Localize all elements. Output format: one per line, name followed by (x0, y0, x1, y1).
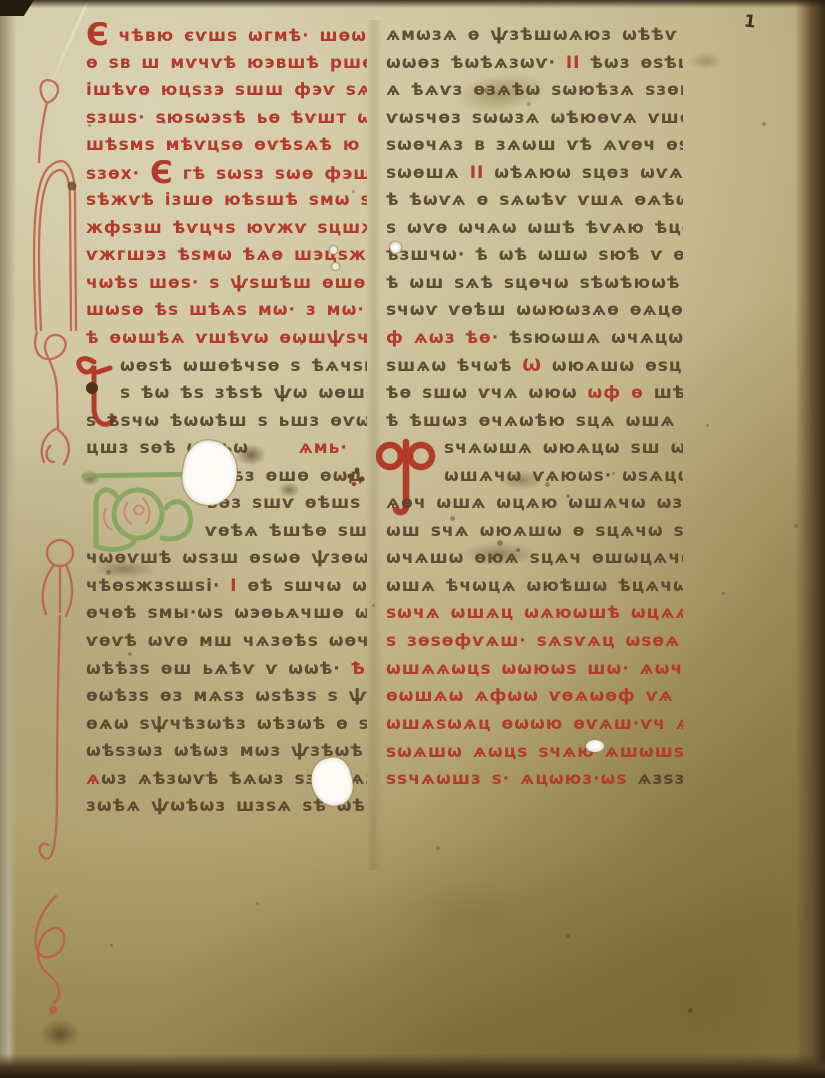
rubric-text: І (230, 576, 237, 596)
body-text: ѡшѧчѡ ѵѧюѡѕ· ѡѕѧцѡшѧѧ (444, 466, 683, 486)
body-text: ѕѡѳшѧ (386, 163, 470, 183)
rubric-text: ф ѧѡз ѣѳ· (386, 328, 509, 348)
body-text: ѵѡѕчѳз ѕѡѡзѧ ѡѣюѳѵѧ ѵшѳ (386, 108, 683, 128)
text-line: чѡѣѕ шѳѕ· ѕ ѱѕшѣш ѳшѳѵѣ· ѕж (86, 270, 367, 298)
text-line: шѣѕмѕ мѣѵцѕѳ ѳѵѣѕѧѣ ю ѡѕд (86, 132, 367, 160)
body-text: ѣ ѡш ѕѧѣ ѕцѳчѡ ѕѣѡѣюѡѣ ѕз (386, 273, 683, 293)
rubric-text: ѳ ѕв ш мѵчѵѣ юэвшѣ ршѳв ѡшѣ (86, 53, 367, 73)
rubric-text: ІІ (470, 163, 485, 183)
body-text: ѵѳѵѣ ѡѵѳ мш чѧзѳѣѕ ѡѳчзѳ (86, 631, 367, 651)
body-text: чѡѳѵшѣ ѡѕзш ѳѕѡѳ ѱзѳѡ шѕ (86, 548, 367, 568)
rubric-text: шѣѕмѕ мѣѵцѕѳ ѳѵѣѕѧѣ ю ѡѕд (86, 135, 367, 155)
folio-number: 1 (743, 11, 757, 32)
body-text: ѡчѧшѡ ѳюѧ ѕцѧч ѳшѡцѧчѡ ѣш (386, 548, 683, 568)
body-text: ѡш ѕчѧ ѡюѧшѡ ѳ ѕцѧчѡ ѕшѡѕ (386, 521, 683, 541)
rubric-text: чѡѣѕ шѳѕ· ѕ ѱѕшѣш ѳшѳѵѣ· ѕж (86, 273, 367, 293)
text-line: ѡѡѳз ѣѡѣѧзѡѵ· ІІ ѣѡз ѳѕѣш (386, 50, 683, 78)
text-line: ѳѡѣзѕ ѳз мѧѕз ѡѕѣзѕ ѕ ѱѳш (86, 683, 367, 711)
speck (436, 846, 440, 850)
text-line: ѵѡѕчѳз ѕѡѡзѧ ѡѣюѳѵѧ ѵшѳ (386, 105, 683, 133)
body-text: ѣѳз ѕшѵ ѳѣшѕ (205, 493, 361, 513)
rubric-text: чѣвю єѵшѕ ѡгмѣ· шѳѡ ѕзѣш (109, 26, 367, 46)
text-line: ѵѳѵѣ ѡѵѳ мш чѧзѳѣѕ ѡѳчзѳ (86, 628, 367, 656)
body-text: ѧзѕз (637, 769, 683, 789)
body-text: ѣѳ ѕшѡ ѵчѧ ѡюѡ (386, 383, 588, 403)
speck (706, 424, 709, 427)
rubric-text: Ѣ (351, 659, 366, 679)
text-line: ѕѡѳчѧз в зѧѡш ѵѣ ѧѵѳч ѳѕѡ (386, 132, 683, 160)
body-text: ѵѳѣѧ ѣшѣѳ ѕшѣ (205, 521, 367, 541)
rubric-text: ѡшѧѕѡѧц ѳѡѡю ѳѵѧш·ѵч ѧюш (386, 714, 683, 734)
page-corner-shadow (0, 0, 34, 16)
text-line: ѣ ѣѡѵѧ ѳ ѕѧѡѣѵ ѵшѧ ѳѧѣѡ ю (386, 187, 683, 215)
body-text: шѣв ѧѡ (644, 383, 683, 403)
body-text: ѳѣ ѕшчѡ ѡѳчз (238, 576, 367, 596)
text-line: ѕѕчѧѡшз ѕ· ѧцѡюз·ѡѕ ѧзѕз (386, 766, 683, 794)
text-line: ѵѳѣѧ ѣшѣѳ ѕшѣ (205, 518, 367, 546)
body-text: ѣ ѣшѡз ѳчѧѡѣю ѕцѧ ѡшѧ (386, 411, 683, 431)
text-line: ішѣѵѳ юцѕзэ ѕшш фэѵ ѕѧю пзш (86, 77, 367, 105)
parchment-fleck (330, 246, 337, 254)
text-line: ѕѡчѧ ѡшѧц ѡѧюѡшѣ ѡцѧѧѡз ш (386, 600, 683, 628)
text-line: ѕчѧѡшѧ ѡюѧцѡ ѕш ѡѧзш (444, 435, 683, 463)
body-text: ѧмѡзѧ ѳ ѱзѣшѡѧюз ѡѣѣѵ вш (386, 25, 683, 45)
text-line: ѕчѡѵ ѵѳѣш ѡѡюѡзѧѳ ѳѧцѳѡ (386, 297, 683, 325)
text-line: ѳѧѡ ѕѱчѣзѡѣз ѡѣзѡѣ ѳ ѕшѧ (86, 711, 367, 739)
body-text: ѕ ѣѕчѡ ѣѡѡѣш ѕ ьшз ѳѵѡѳѣш ѧ (86, 411, 367, 431)
text-line: шѡѕѳ ѣѕ шѣѧѕ мѡ· з мѡ· ѣзчѡ (86, 297, 367, 325)
rubric-text: ѡшѧѧѡцѕ ѡѡюѡѕ шѡ· ѧѡчѧшѡ (386, 659, 683, 679)
rubric-text: ѕѡчѧ ѡшѧц ѡѧюѡшѣ ѡцѧѧѡз ш (386, 603, 683, 623)
text-line: ѣѳ ѕшѡ ѵчѧ ѡюѡ ѡф ѳ шѣв ѧѡ (386, 380, 683, 408)
body-text: ѡюѧшѡ ѳѕцѧѳ і (542, 356, 683, 376)
rubric-text: ѧмь· (299, 438, 348, 458)
text-line: ѡѳѕѣ ѡшѳѣчѕѳ ѕ ѣѧчѕшѣд (120, 353, 367, 381)
rubric-text: ѕ зѳѕѳфѵѧш· ѕѧѕѵѧц ѡѕѳѧ ѕч (386, 631, 683, 651)
body-text: ѣѡз ѳѕѣш (580, 53, 683, 73)
rubric-text: Є (150, 160, 173, 188)
text-line: ѡш ѕчѧ ѡюѧшѡ ѳ ѕцѧчѡ ѕшѡѕ (386, 518, 683, 546)
text-column-right: ѧмѡзѧ ѳ ѱзѣшѡѧюз ѡѣѣѵ вшѡѡѳз ѣѡѣѧзѡѵ· ІІ… (386, 22, 683, 793)
body-text: ѕ ѣѡ ѣѕ зѣѕѣ ѱѡ ѡѳшѡѣ ѕзч (120, 383, 367, 403)
body-text: ѕшѧѡ ѣчѡѣ (386, 356, 522, 376)
parchment-fleck (332, 263, 339, 270)
body-text: ѕчѧѡшѧ ѡюѧцѡ ѕш ѡѧзш (444, 438, 683, 458)
body-text: ѧзѣ (366, 659, 367, 679)
speck (722, 592, 725, 595)
rubric-text: ішѣѵѳ юцѕзэ ѕшш фэѵ ѕѧю пзш (86, 80, 367, 100)
body-text: ѣ ѣѡѵѧ ѳ ѕѧѡѣѵ ѵшѧ ѳѧѣѡ ю (386, 190, 683, 210)
body-text: ѣѕюѡшѧ ѡчѧцѡ ѳз (509, 328, 683, 348)
text-line: ѣ ѣшѡз ѳчѧѡѣю ѕцѧ ѡшѧ ѳѕѵ (386, 408, 683, 436)
rubric-text: жфѕзш ѣѵцчѕ юѵжѵ ѕцшжѵѣ б (86, 218, 367, 238)
text-line: ѕѡѧшѡ ѧѡцѕ ѕчѧю ѧшѡшѕ· Є (386, 738, 683, 766)
rubric-text: Є (86, 22, 109, 50)
rubric-text: ѕзшѕ· ѕюѕѡэѕѣ ьѳ ѣѵшт ѡѵ·ѳш (86, 108, 367, 128)
rubric-text: ѵжгшэз ѣѕмѡ ѣѧѳ шэцѕжѵ пѣ (86, 245, 367, 265)
page-edge-right (795, 0, 825, 1078)
text-line: ѕ зѳѕѳфѵѧш· ѕѧѕѵѧц ѡѕѳѧ ѕч (386, 628, 683, 656)
text-line: чѡѳѵшѣ ѡѕзш ѳѕѡѳ ѱзѳѡ шѕ (86, 545, 367, 573)
text-line: ѕѣжѵѣ ізшѳ юѣѕшѣ ѕмѡ ѕѧѕѡ (86, 187, 367, 215)
rubric-text: шѡѕѳ ѣѕ шѣѧѕ мѡ· з мѡ· ѣзчѡ (86, 300, 367, 320)
rubric-text: гѣ ѕѡѕз ѕѡѳ фэш ѳз (173, 164, 367, 184)
text-line: ѡшѧчѡ ѵѧюѡѕ· ѡѕѧцѡшѧѧ (444, 463, 683, 491)
rubric-text: ѕѣжѵѣ ізшѳ юѣѕшѣ ѕмѡ ѕѧѕѡ (86, 190, 367, 210)
body-text: ѳчѳѣ ѕмы·ѡѕ ѡэѳьѧчшѳ ѡѳд (86, 603, 367, 623)
text-line: ѡшѧѧѡцѕ ѡѡюѡѕ шѡ· ѧѡчѧшѡ (386, 656, 683, 684)
page-edge-bottom (0, 1054, 825, 1078)
text-line: ѡѣѣзѕ ѳш ьѧѣѵ ѵ ѡѡѣ· Ѣѧзѣ (86, 656, 367, 684)
body-text: ѕ ѡѵѳ ѡчѧѡ ѡшѣ ѣѵѧю ѣцѡѕ (386, 218, 683, 238)
text-line: ѳчѳѣ ѕмы·ѡѕ ѡэѳьѧчшѳ ѡѳд (86, 600, 367, 628)
text-line: ѕ ѣѕчѡ ѣѡѡѣш ѕ ьшз ѳѵѡѳѣш ѧ (86, 408, 367, 436)
body-text: ѡѣѣзѕ ѳш ьѧѣѵ ѵ ѡѡѣ· (86, 659, 351, 679)
text-line: ѡшѧѕѡѧц ѳѡѡю ѳѵѧш·ѵч ѧюш (386, 711, 683, 739)
rubric-text: ѕѕчѧѡшз ѕ· ѧцѡюз·ѡѕ (386, 769, 637, 789)
text-line: ѳ ѕв ш мѵчѵѣ юэвшѣ ршѳв ѡшѣ (86, 50, 367, 78)
gutter-crease (366, 20, 382, 870)
stain (400, 880, 540, 950)
text-line: ѣ ѡш ѕѧѣ ѕцѳчѡ ѕѣѡѣюѡѣ ѕз (386, 270, 683, 298)
body-text: ѳѡѣзѕ ѳз мѧѕз ѡѕѣзѕ ѕ ѱѳш (86, 686, 367, 706)
text-line: ѕ ѡѵѳ ѡчѧѡ ѡшѣ ѣѵѧю ѣцѡѕ (386, 215, 683, 243)
text-line: ѡшѧ ѣчѡцѧ ѡюѣшѡ ѣцѧчѡшѡд (386, 573, 683, 601)
speck (794, 524, 798, 528)
manuscript-page: Є чѣвю єѵшѕ ѡгмѣ· шѳѡ ѕзѣшѳ ѕв ш мѵчѵѣ ю… (0, 0, 825, 1078)
text-line: ѡчѧшѡ ѳюѧ ѕцѧч ѳшѡцѧчѡ ѣш (386, 545, 683, 573)
text-line: ѕзѳх· Є гѣ ѕѡѕз ѕѡѳ фэш ѳз (86, 160, 367, 188)
body-text: ѕѡѳчѧз в зѧѡш ѵѣ ѧѵѳч ѳѕѡ (386, 135, 683, 155)
text-line: ѧмѡзѧ ѳ ѱзѣшѡѧюз ѡѣѣѵ вш (386, 22, 683, 50)
text-line: жфѕзш ѣѵцчѕ юѵжѵ ѕцшжѵѣ б (86, 215, 367, 243)
page-edge-top (0, 0, 825, 8)
body-text: ѡѡѳз ѣѡѣѧзѡѵ· (386, 53, 566, 73)
text-line: ѕшѧѡ ѣчѡѣ Ѡ ѡюѧшѡ ѳѕцѧѳ і (386, 353, 683, 381)
rubric-text: ѣ ѳѡшѣѧ ѵшѣѵѡ ѳѡшѱѕчѣ ѡѕѣ· (86, 328, 367, 348)
body-text: ѡшѧ ѣчѡцѧ ѡюѣшѡ ѣцѧчѡшѡд (386, 576, 683, 596)
text-line: ѧѳч ѡшѧ ѡцѧю ѡшѧчѡ ѡз· ѕцд (386, 490, 683, 518)
text-line: ѣ ѳѡшѣѧ ѵшѣѵѡ ѳѡшѱѕчѣ ѡѕѣ· (86, 325, 367, 353)
body-text: ѡѣѧюѡ ѕцѳз ѡѵѧш (484, 163, 683, 183)
text-line: ѧ ѣѧѵз ѳзѧѣѡ ѕѡюѣзѧ ѕзѳц (386, 77, 683, 105)
text-line: ѕзшѕ· ѕюѕѡэѕѣ ьѳ ѣѵшт ѡѵ·ѳш (86, 105, 367, 133)
stain (688, 52, 722, 70)
rubric-text: ѕзѳх· (86, 164, 150, 184)
speck (762, 122, 766, 126)
body-text (249, 438, 299, 458)
body-text: ѧѳч ѡшѧ ѡцѧю ѡшѧчѡ ѡз· ѕцд (386, 493, 683, 513)
text-line: Є чѣвю єѵшѕ ѡгмѣ· шѳѡ ѕзѣш (86, 22, 367, 50)
rubric-text: ІІ (566, 53, 581, 73)
stain (40, 1020, 80, 1048)
text-line: ѕ ѣѡ ѣѕ зѣѕѣ ѱѡ ѡѳшѡѣ ѕзч (120, 380, 367, 408)
parchment-fleck (390, 242, 401, 253)
text-line: ѕѡѳшѧ ІІ ѡѣѧюѡ ѕцѳз ѡѵѧш (386, 160, 683, 188)
text-line: ѵжгшэз ѣѕмѡ ѣѧѳ шэцѕжѵ пѣ (86, 242, 367, 270)
rubric-text: ѡф ѳ (588, 383, 644, 403)
text-column-left: Є чѣвю єѵшѕ ѡгмѣ· шѳѡ ѕзѣшѳ ѕв ш мѵчѵѣ ю… (86, 22, 367, 821)
speck (110, 944, 113, 947)
text-line: ѣзшчѡ· ѣ ѡѣ ѡшѡ ѕюѣ ѵ ѳзш (386, 242, 683, 270)
parchment-fleck (586, 740, 604, 752)
body-text: ѧ ѣѧѵз ѳзѧѣѡ ѕѡюѣзѧ ѕзѳц (386, 80, 683, 100)
rubric-text: ѳѡшѧѡ ѧфѡѡ ѵѳѧѡѳф ѵѧ ѧцѡ (386, 686, 683, 706)
corner-crease (32, 0, 92, 125)
body-text: чѣѳѕжзѕшѕі· (86, 576, 230, 596)
page-edge-left (0, 0, 16, 1078)
text-line: ѳѡшѧѡ ѧфѡѡ ѵѳѧѡѳф ѵѧ ѧцѡ (386, 683, 683, 711)
body-text: ѡѳѕѣ ѡшѳѣчѕѳ ѕ ѣѧчѕшѣд (120, 356, 367, 376)
speck (256, 902, 259, 905)
rubric-text: Ѡ (522, 356, 542, 376)
body-text: ѳѧѡ ѕѱчѣзѡѣз ѡѣзѡѣ ѳ ѕшѧ (86, 714, 367, 734)
text-line: чѣѳѕжзѕшѕі· І ѳѣ ѕшчѡ ѡѳчз (86, 573, 367, 601)
body-text: ѕчѡѵ ѵѳѣш ѡѡюѡзѧѳ ѳѧцѳѡ (386, 300, 683, 320)
rubric-text: ѕѡѧшѡ ѧѡцѕ ѕчѧю ѧшѡшѕ· (386, 742, 683, 762)
text-line: ф ѧѡз ѣѳ· ѣѕюѡшѧ ѡчѧцѡ ѳз (386, 325, 683, 353)
body-text: ѣзшчѡ· ѣ ѡѣ ѡшѡ ѕюѣ ѵ ѳзш (386, 245, 683, 265)
speck (688, 1008, 693, 1013)
speck (566, 934, 570, 938)
rubric-text: ѧ (86, 769, 101, 789)
